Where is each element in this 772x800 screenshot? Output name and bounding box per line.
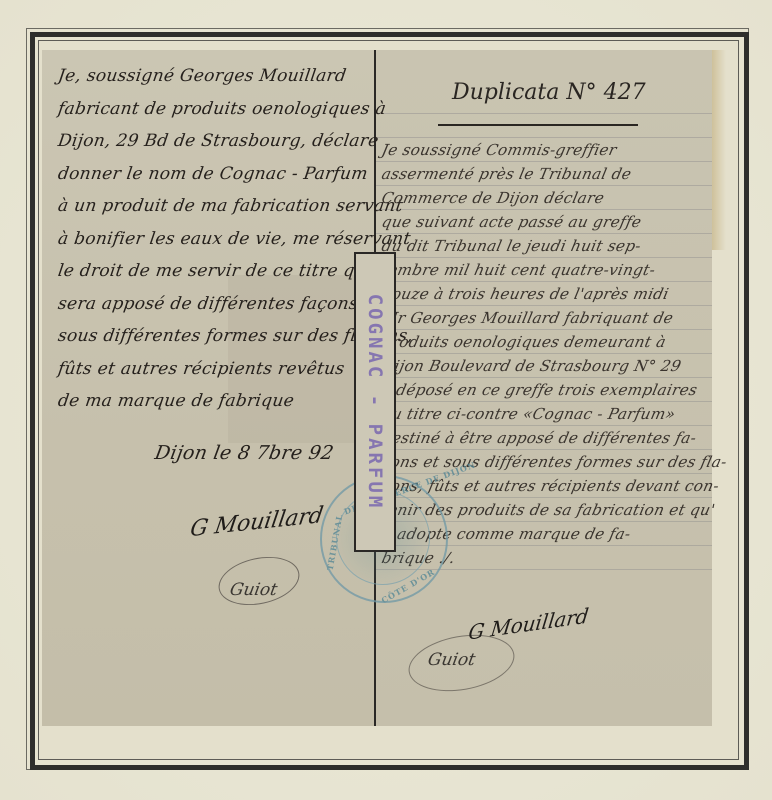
declaration-line: à bonifier les eaux de vie, me réservant <box>56 223 416 256</box>
duplicata-line: que suivant acte passé au greffe <box>379 210 729 234</box>
title-underline <box>438 124 638 126</box>
declaration-line: Je, soussigné Georges Mouillard <box>56 60 416 93</box>
duplicata-line: destiné à être apposé de différentes fa- <box>379 426 729 450</box>
duplicata-line: assermenté près le Tribunal de <box>379 162 729 186</box>
declaration-line: donner le nom de Cognac - Parfum <box>56 158 416 191</box>
duplicata-line: du titre ci-contre «Cognac - Parfum» <box>379 402 729 426</box>
trademark-label-strip: COGNAC - PARFUM <box>354 252 396 552</box>
duplicata-line: çons et sous différentes formes sur des … <box>379 450 729 474</box>
duplicata-line: Je soussigné Commis-greffier <box>379 138 729 162</box>
duplicata-line: a déposé en ce greffe trois exemplaires <box>379 378 729 402</box>
declaration-line: fabricant de produits oenologiques à <box>56 93 416 126</box>
signature-guiot-right: Guiot <box>426 650 477 670</box>
duplicata-line: douze à trois heures de l'après midi <box>379 282 729 306</box>
trademark-stamp-text: COGNAC - PARFUM <box>364 294 386 511</box>
duplicata-line: produits oenologiques demeurant à <box>379 330 729 354</box>
signature-guiot-left: Guiot <box>228 580 279 600</box>
duplicata-line: du dit Tribunal le jeudi huit sep- <box>379 234 729 258</box>
declaration-date: Dijon le 8 7bre 92 <box>153 442 335 464</box>
duplicata-line: tembre mil huit cent quatre-vingt- <box>379 258 729 282</box>
duplicata-title: Duplicata N° 427 <box>452 80 646 105</box>
duplicata-line: Mr Georges Mouillard fabriquant de <box>379 306 729 330</box>
declaration-line: Dijon, 29 Bd de Strasbourg, déclare <box>56 125 416 158</box>
duplicata-line: Commerce de Dijon déclare <box>379 186 729 210</box>
duplicata-line: Dijon Boulevard de Strasbourg N° 29 <box>379 354 729 378</box>
declaration-line: à un produit de ma fabrication servant <box>56 190 416 223</box>
